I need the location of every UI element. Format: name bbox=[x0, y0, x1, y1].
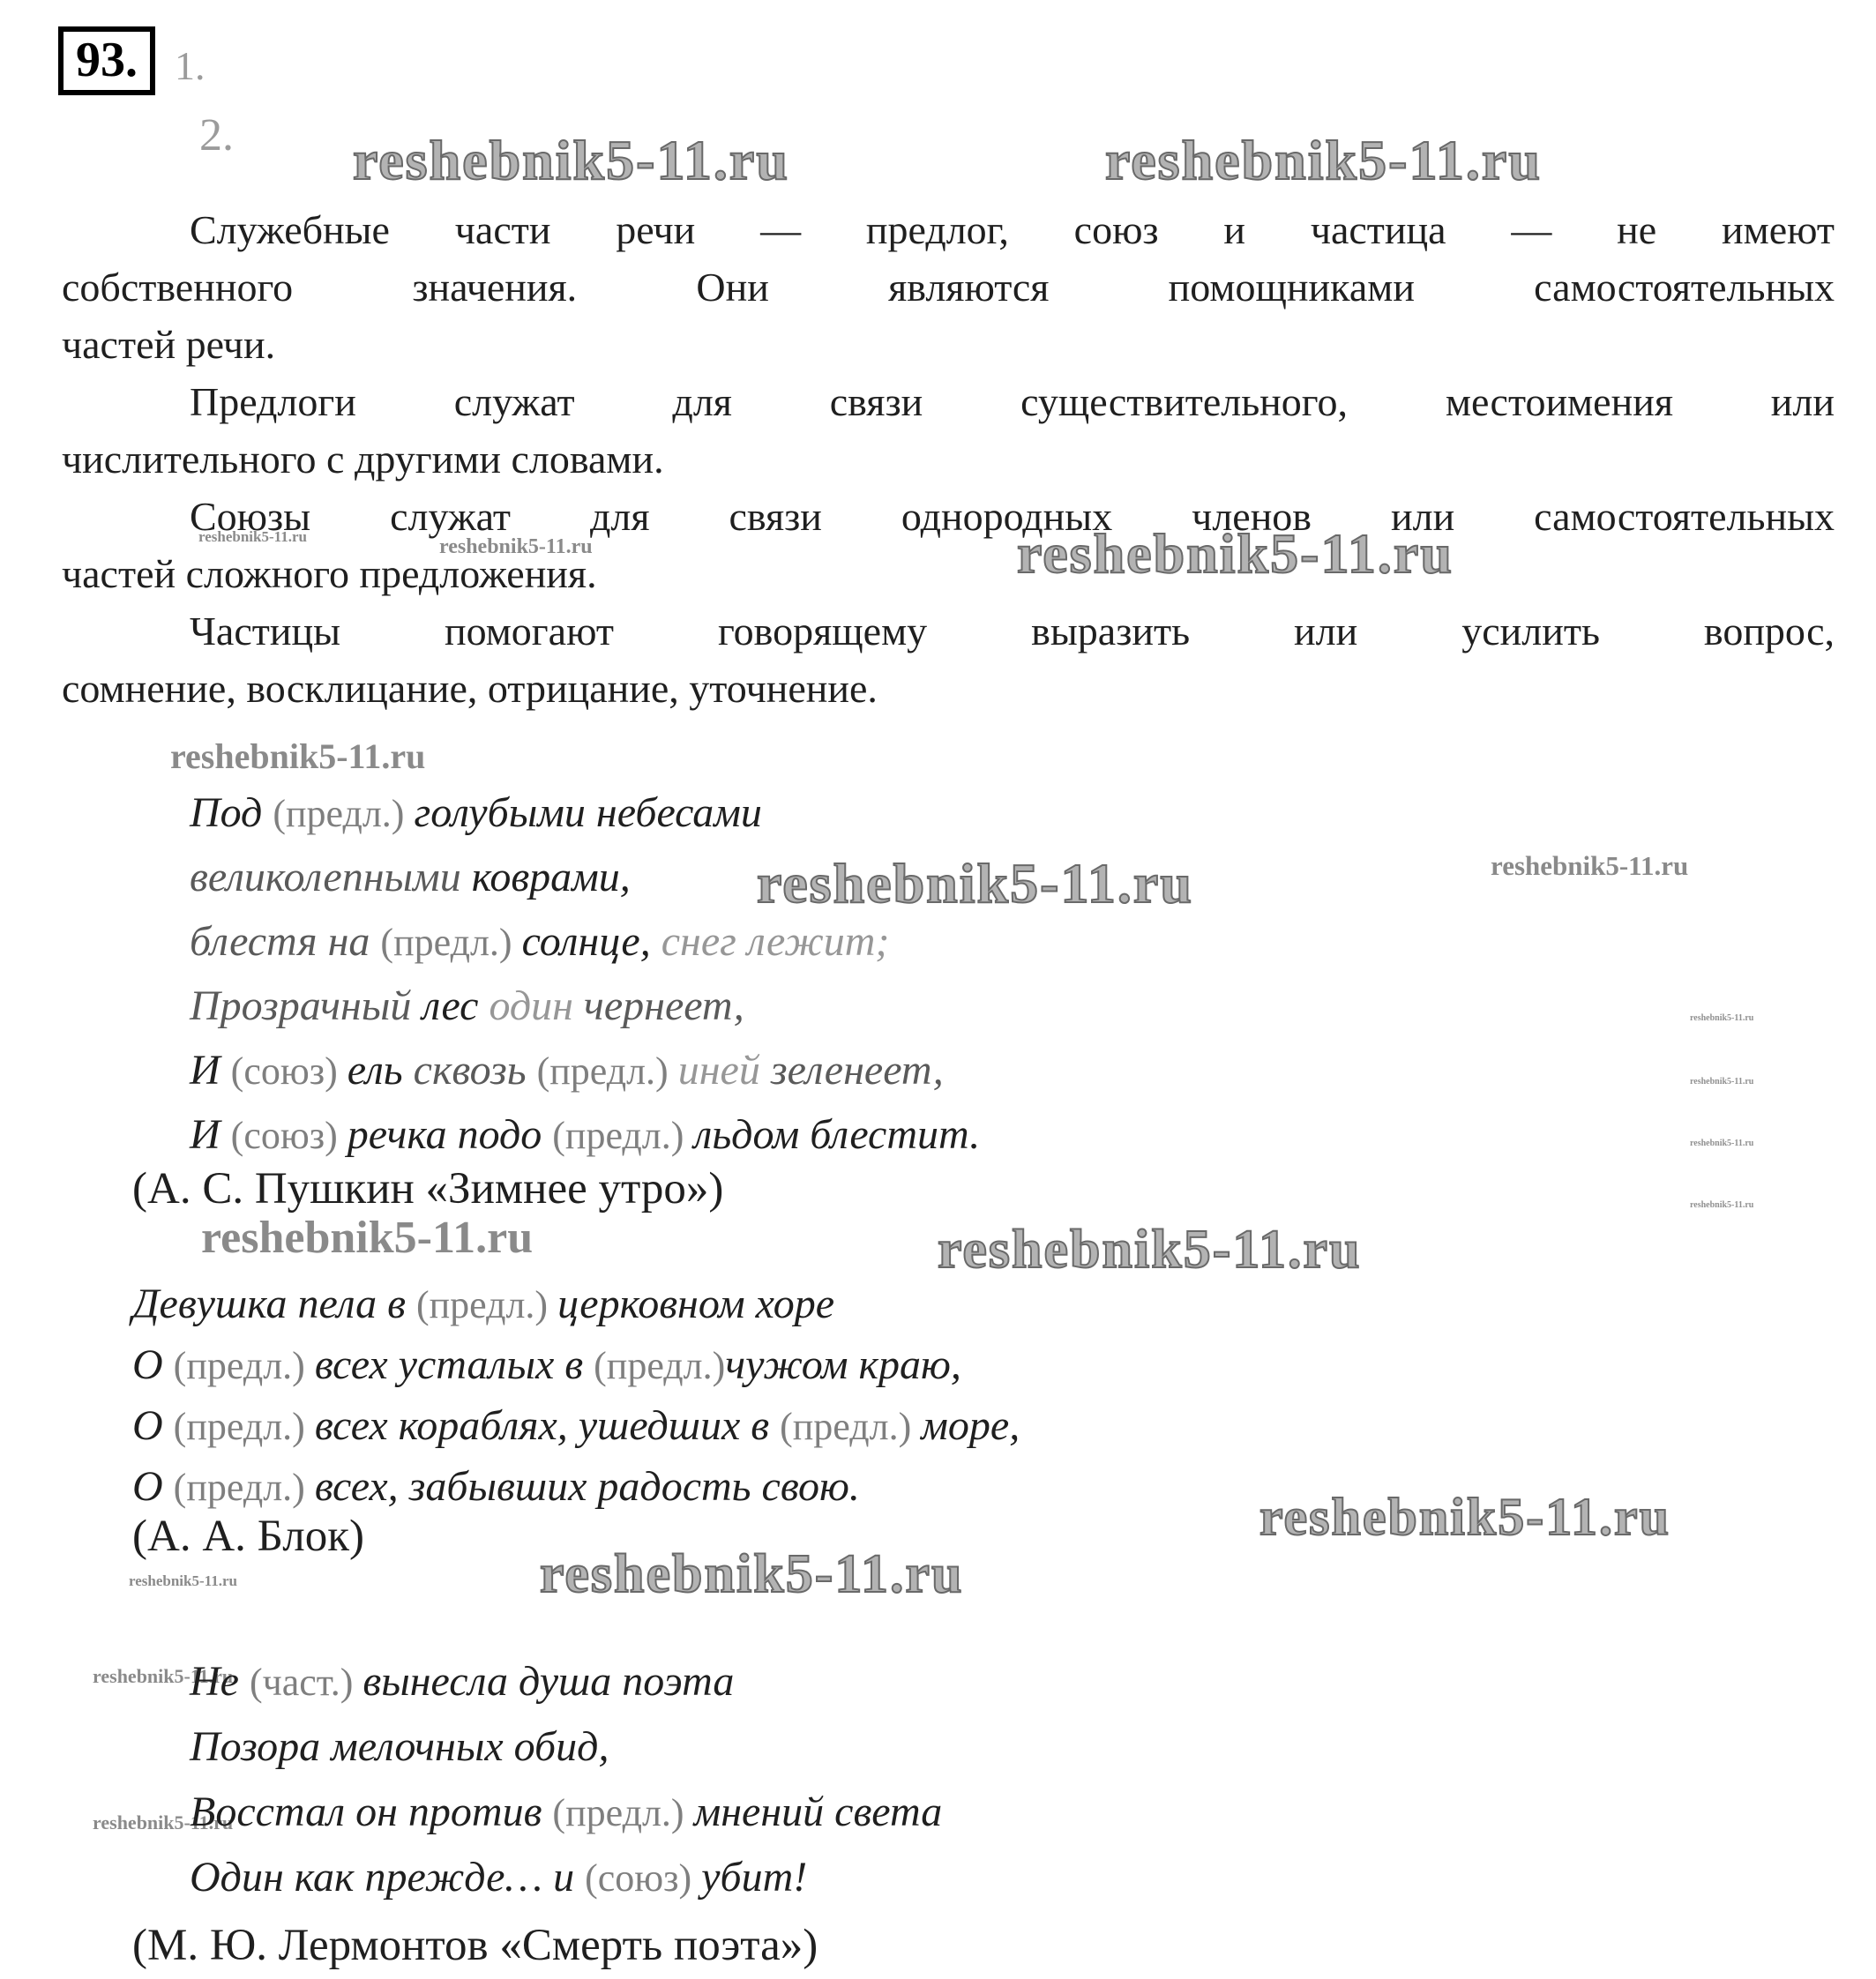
poem-line: Восстал он против (предл.) мнений света bbox=[190, 1787, 942, 1838]
part-of-speech-annotation: (союз) bbox=[585, 1856, 701, 1900]
poem-line: Девушка пела в (предл.) церковном хоре bbox=[132, 1279, 834, 1330]
poem-word: церковном хоре bbox=[557, 1281, 834, 1327]
paragraph-line: сомнение, восклицание, отрицание, уточне… bbox=[62, 663, 1835, 714]
paragraph-line: Частицы помогают говорящему выразить или… bbox=[190, 606, 1835, 657]
poem-word: льдом блестит. bbox=[693, 1111, 980, 1158]
paragraph-line: Служебные части речи — предлог, союз и ч… bbox=[190, 205, 1835, 256]
paragraph-line: частей речи. bbox=[62, 319, 1835, 370]
part-of-speech-annotation: (предл.) bbox=[174, 1344, 315, 1387]
poem-word: чернеет, bbox=[584, 982, 744, 1029]
poem-word: И bbox=[190, 1111, 231, 1158]
poem-attribution: (М. Ю. Лермонтов «Смерть поэта») bbox=[132, 1919, 818, 1973]
poem-word: Прозрачный bbox=[190, 982, 422, 1029]
poem-word: мнений света bbox=[694, 1789, 943, 1835]
part-of-speech-annotation: (предл.) bbox=[552, 1114, 693, 1157]
watermark: reshebnik5-11.ru bbox=[540, 1547, 963, 1602]
part-of-speech-annotation: (предл.) bbox=[174, 1405, 315, 1448]
poem-word: всех усталых в bbox=[315, 1341, 594, 1388]
poem-word: О bbox=[132, 1402, 174, 1449]
list-item-1: 1. bbox=[175, 46, 206, 86]
watermark: reshebnik5-11.ru bbox=[757, 855, 1193, 912]
watermark: reshebnik5-11.ru bbox=[1491, 852, 1688, 879]
poem-word: Под bbox=[190, 789, 273, 836]
poem-word: Девушка пела в bbox=[132, 1281, 416, 1327]
poem-word: Один как прежде… и bbox=[190, 1854, 585, 1901]
poem-line: И (союз) ель сквозь (предл.) иней зелене… bbox=[190, 1045, 944, 1096]
watermark: reshebnik5-11.ru bbox=[1690, 1078, 1753, 1087]
list-item-2: 2. bbox=[199, 113, 234, 159]
paragraph-line: Предлоги служат для связи существительно… bbox=[190, 377, 1835, 428]
part-of-speech-annotation: (част.) bbox=[250, 1661, 362, 1704]
part-of-speech-annotation: (предл.) bbox=[780, 1405, 921, 1448]
poem-word: море, bbox=[921, 1402, 1020, 1449]
poem-word: ель bbox=[348, 1047, 414, 1094]
part-of-speech-annotation: (предл.) bbox=[380, 921, 521, 964]
poem-line: Позора мелочных обид, bbox=[190, 1721, 609, 1773]
watermark: reshebnik5-11.ru bbox=[1690, 1139, 1753, 1148]
poem-word: (А. А. Блок) bbox=[132, 1512, 364, 1561]
poem-word: великолепными bbox=[190, 854, 472, 900]
poem-word: О bbox=[132, 1341, 174, 1388]
poem-word: зеленеет, bbox=[771, 1047, 944, 1094]
poem-word: убит! bbox=[701, 1854, 807, 1901]
watermark: reshebnik5-11.ru bbox=[129, 1573, 237, 1588]
poem-word: Восстал он против bbox=[190, 1789, 552, 1835]
poem-word: Не bbox=[190, 1658, 250, 1705]
part-of-speech-annotation: (предл.) bbox=[537, 1049, 678, 1093]
exercise-number-box: 93. bbox=[58, 26, 155, 95]
poem-word: О bbox=[132, 1463, 174, 1510]
poem-word: лес bbox=[422, 982, 489, 1029]
poem-word: речка подо bbox=[348, 1111, 552, 1158]
poem-word: сквозь bbox=[414, 1047, 537, 1094]
document-page: 93. 1. 2. reshebnik5-11.rureshebnik5-11.… bbox=[0, 0, 1876, 1979]
part-of-speech-annotation: (союз) bbox=[231, 1049, 348, 1093]
poem-word: вынесла душа поэта bbox=[362, 1658, 734, 1705]
poem-word: снег лежит; bbox=[661, 918, 890, 965]
poem-word: иней bbox=[678, 1047, 771, 1094]
exercise-number: 93. bbox=[76, 33, 138, 87]
poem-line: великолепными коврами, bbox=[190, 852, 631, 903]
part-of-speech-annotation: (предл.) bbox=[594, 1344, 725, 1387]
watermark: reshebnik5-11.ru bbox=[1259, 1490, 1670, 1543]
poem-attribution: (А. С. Пушкин «Зимнее утро») bbox=[132, 1162, 723, 1216]
watermark: reshebnik5-11.ru bbox=[1690, 1014, 1753, 1023]
paragraph-line: числительного с другими словами. bbox=[62, 434, 1835, 485]
paragraph-line: частей сложного предложения. bbox=[62, 549, 1835, 600]
paragraph-line: собственного значения. Они являются помо… bbox=[62, 262, 1835, 313]
watermark: reshebnik5-11.ru bbox=[1690, 1201, 1753, 1210]
poem-line: Не (част.) вынесла душа поэта bbox=[190, 1656, 734, 1707]
watermark: reshebnik5-11.ru bbox=[201, 1215, 533, 1261]
poem-line: О (предл.) всех усталых в (предл.)чужом … bbox=[132, 1340, 961, 1391]
poem-word: всех кораблях, ушедших в bbox=[315, 1402, 780, 1449]
poem-line: О (предл.) всех, забывших радость свою. bbox=[132, 1461, 860, 1512]
poem-word: (А. С. Пушкин «Зимнее утро») bbox=[132, 1164, 723, 1214]
poem-word: солнце, bbox=[522, 918, 661, 965]
poem-word: И bbox=[190, 1047, 231, 1094]
part-of-speech-annotation: (предл.) bbox=[174, 1466, 315, 1509]
poem-word: блестя на bbox=[190, 918, 380, 965]
poem-word: (М. Ю. Лермонтов «Смерть поэта») bbox=[132, 1921, 818, 1970]
poem-line: Под (предл.) голубыми небесами bbox=[190, 788, 762, 839]
poem-attribution: (А. А. Блок) bbox=[132, 1510, 364, 1564]
watermark: reshebnik5-11.ru bbox=[353, 132, 789, 189]
poem-line: О (предл.) всех кораблях, ушедших в (пре… bbox=[132, 1400, 1020, 1452]
poem-word: всех, забывших радость свою. bbox=[315, 1463, 860, 1510]
poem-line: блестя на (предл.) солнце, снег лежит; bbox=[190, 916, 889, 967]
part-of-speech-annotation: (предл.) bbox=[552, 1791, 693, 1834]
poem-word: голубыми небесами bbox=[414, 789, 761, 836]
paragraph-line: Союзы служат для связи однородных членов… bbox=[190, 491, 1835, 542]
watermark: reshebnik5-11.ru bbox=[1105, 132, 1542, 189]
poem-word: Позора мелочных обид, bbox=[190, 1723, 609, 1770]
watermark: reshebnik5-11.ru bbox=[170, 739, 425, 774]
part-of-speech-annotation: (союз) bbox=[231, 1114, 348, 1157]
poem-word: чужом краю, bbox=[725, 1341, 961, 1388]
poem-line: Один как прежде… и (союз) убит! bbox=[190, 1852, 807, 1903]
poem-word: коврами, bbox=[472, 854, 631, 900]
part-of-speech-annotation: (предл.) bbox=[416, 1283, 557, 1326]
part-of-speech-annotation: (предл.) bbox=[273, 792, 414, 835]
poem-line: И (союз) речка подо (предл.) льдом блест… bbox=[190, 1109, 980, 1161]
poem-line: Прозрачный лес один чернеет, bbox=[190, 981, 744, 1032]
poem-word: один bbox=[489, 982, 583, 1029]
watermark: reshebnik5-11.ru bbox=[938, 1222, 1361, 1277]
